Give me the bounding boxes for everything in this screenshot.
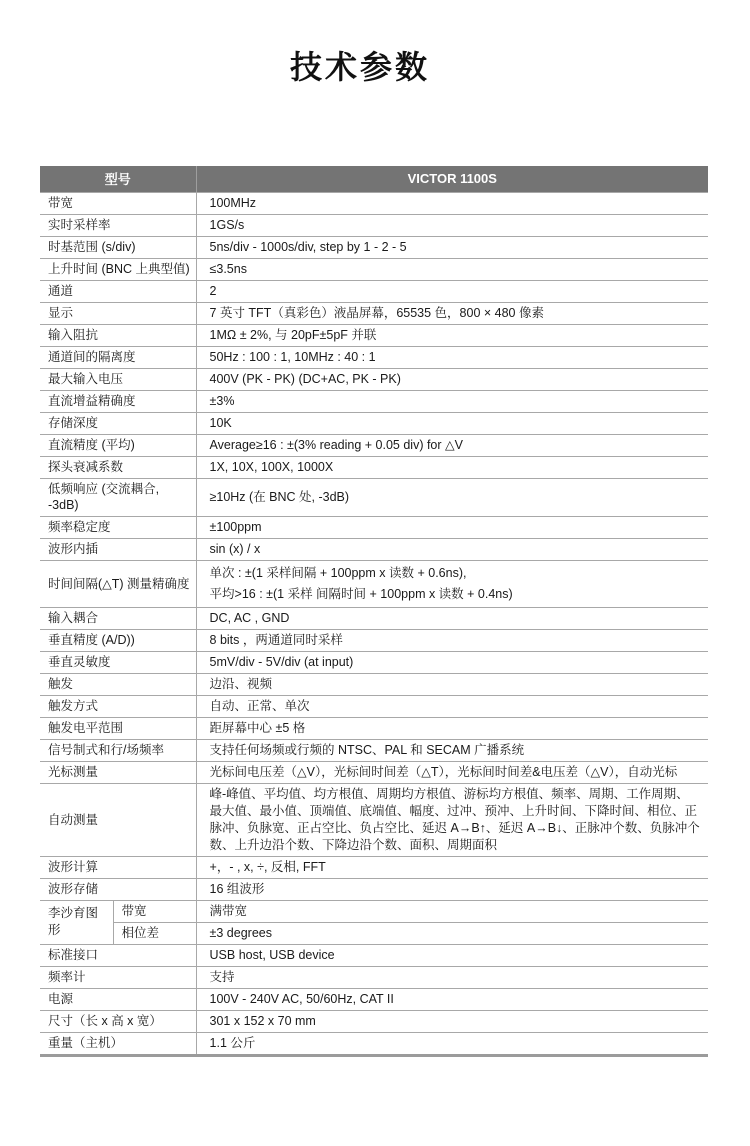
table-row: 触发电平范围距屏幕中心 ±5 格 — [40, 718, 708, 740]
value-line: 平均>16 : ±(1 采样 间隔时间 + 100ppm x 读数 + 0.4n… — [210, 584, 701, 605]
spec-sublabel-cell: 相位差 — [113, 922, 196, 944]
table-row: 时基范围 (s/div)5ns/div - 1000s/div, step by… — [40, 236, 708, 258]
spec-value-cell: ±100ppm — [196, 517, 708, 539]
spec-label-cell: 自动测量 — [40, 784, 196, 857]
table-row: 波形计算+，- , x, ÷, 反相, FFT — [40, 856, 708, 878]
table-row: 低频响应 (交流耦合, -3dB)≥10Hz (在 BNC 处, -3dB) — [40, 478, 708, 517]
table-row: 时间间隔(△T) 测量精确度单次 : ±(1 采样间隔 + 100ppm x 读… — [40, 561, 708, 608]
header-row: 型号 VICTOR 1100S — [40, 166, 708, 192]
table-row: 带宽100MHz — [40, 192, 708, 214]
table-row: 光标测量光标间电压差（△V），光标间时间差（△T），光标间时间差&电压差（△V）… — [40, 762, 708, 784]
spec-label-cell: 频率计 — [40, 966, 196, 988]
spec-value-cell: ≥10Hz (在 BNC 处, -3dB) — [196, 478, 708, 517]
table-row: 电源100V - 240V AC, 50/60Hz, CAT II — [40, 988, 708, 1010]
spec-value-cell: DC, AC , GND — [196, 608, 708, 630]
spec-value-cell: 峰-峰值、平均值、均方根值、周期均方根值、游标均方根值、频率、周期、工作周期、最… — [196, 784, 708, 857]
spec-value-cell: 自动、正常、单次 — [196, 696, 708, 718]
spec-value-cell: ±3 degrees — [196, 922, 708, 944]
spec-label-cell: 时基范围 (s/div) — [40, 236, 196, 258]
spec-value-cell: 10K — [196, 412, 708, 434]
model-value-header-cell: VICTOR 1100S — [196, 166, 708, 192]
spec-value-cell: 301 x 152 x 70 mm — [196, 1010, 708, 1032]
spec-label-cell: 垂直精度 (A/D)) — [40, 630, 196, 652]
spec-group-label-cell: 李沙育图形 — [40, 900, 113, 944]
spec-label-cell: 通道 — [40, 280, 196, 302]
spec-value-cell: ≤3.5ns — [196, 258, 708, 280]
spec-label-cell: 信号制式和行/场频率 — [40, 740, 196, 762]
spec-value-cell: 边沿、视频 — [196, 674, 708, 696]
spec-label-cell: 带宽 — [40, 192, 196, 214]
table-row: 重量（主机）1.1 公斤 — [40, 1032, 708, 1055]
table-row: 自动测量峰-峰值、平均值、均方根值、周期均方根值、游标均方根值、频率、周期、工作… — [40, 784, 708, 857]
spec-label-cell: 触发电平范围 — [40, 718, 196, 740]
spec-value-cell: Average≥16 : ±(3% reading + 0.05 div) fo… — [196, 434, 708, 456]
spec-value-cell: 满带宽 — [196, 900, 708, 922]
table-row: 探头衰减系数1X, 10X, 100X, 1000X — [40, 456, 708, 478]
spec-value-cell: 1GS/s — [196, 214, 708, 236]
table-row: 波形存储16 组波形 — [40, 878, 708, 900]
table-row: 波形内插sin (x) / x — [40, 539, 708, 561]
spec-value-cell: 1MΩ ± 2%, 与 20pF±5pF 并联 — [196, 324, 708, 346]
spec-value-cell: 8 bits ，两通道同时采样 — [196, 630, 708, 652]
spec-label-cell: 最大输入电压 — [40, 368, 196, 390]
spec-label-cell: 波形计算 — [40, 856, 196, 878]
table-row: 触发边沿、视频 — [40, 674, 708, 696]
spec-label-cell: 触发方式 — [40, 696, 196, 718]
spec-label-cell: 通道间的隔离度 — [40, 346, 196, 368]
spec-value-cell: 50Hz : 100 : 1, 10MHz : 40 : 1 — [196, 346, 708, 368]
spec-value-cell: 16 组波形 — [196, 878, 708, 900]
table-row: 频率计支持 — [40, 966, 708, 988]
spec-label-cell: 频率稳定度 — [40, 517, 196, 539]
table-row: 存储深度10K — [40, 412, 708, 434]
table-row: 垂直精度 (A/D))8 bits ，两通道同时采样 — [40, 630, 708, 652]
spec-value-cell: 5mV/div - 5V/div (at input) — [196, 652, 708, 674]
spec-value-cell: 光标间电压差（△V），光标间时间差（△T），光标间时间差&电压差（△V），自动光… — [196, 762, 708, 784]
spec-value-cell: ±3% — [196, 390, 708, 412]
spec-label-cell: 上升时间 (BNC 上典型值) — [40, 258, 196, 280]
spec-value-cell: 支持 — [196, 966, 708, 988]
spec-table: 型号 VICTOR 1100S 带宽100MHz实时采样率1GS/s时基范围 (… — [40, 166, 708, 1057]
spec-value-cell: 1.1 公斤 — [196, 1032, 708, 1055]
table-row: 通道间的隔离度50Hz : 100 : 1, 10MHz : 40 : 1 — [40, 346, 708, 368]
spec-label-cell: 输入阻抗 — [40, 324, 196, 346]
spec-value-cell: 2 — [196, 280, 708, 302]
spec-label-cell: 低频响应 (交流耦合, -3dB) — [40, 478, 196, 517]
table-row: 最大输入电压400V (PK - PK) (DC+AC, PK - PK) — [40, 368, 708, 390]
spec-value-cell: 支持任何场频或行频的 NTSC、PAL 和 SECAM 广播系统 — [196, 740, 708, 762]
spec-label-cell: 存储深度 — [40, 412, 196, 434]
spec-label-cell: 重量（主机） — [40, 1032, 196, 1055]
spec-label-cell: 实时采样率 — [40, 214, 196, 236]
spec-value-cell: 1X, 10X, 100X, 1000X — [196, 456, 708, 478]
spec-value-cell: 400V (PK - PK) (DC+AC, PK - PK) — [196, 368, 708, 390]
table-row: 上升时间 (BNC 上典型值)≤3.5ns — [40, 258, 708, 280]
spec-value-cell: sin (x) / x — [196, 539, 708, 561]
spec-table-header: 型号 VICTOR 1100S — [40, 166, 708, 192]
model-header-cell: 型号 — [40, 166, 196, 192]
table-row: 李沙育图形带宽满带宽 — [40, 900, 708, 922]
spec-label-cell: 时间间隔(△T) 测量精确度 — [40, 561, 196, 608]
spec-label-cell: 波形内插 — [40, 539, 196, 561]
table-row: 频率稳定度±100ppm — [40, 517, 708, 539]
spec-label-cell: 波形存储 — [40, 878, 196, 900]
spec-value-cell: 7 英寸 TFT（真彩色）液晶屏幕，65535 色，800 × 480 像素 — [196, 302, 708, 324]
table-row: 尺寸（长 x 高 x 宽）301 x 152 x 70 mm — [40, 1010, 708, 1032]
spec-label-cell: 显示 — [40, 302, 196, 324]
spec-value-cell: USB host, USB device — [196, 944, 708, 966]
table-row: 相位差±3 degrees — [40, 922, 708, 944]
table-row: 输入耦合DC, AC , GND — [40, 608, 708, 630]
value-line: 单次 : ±(1 采样间隔 + 100ppm x 读数 + 0.6ns), — [210, 563, 701, 584]
spec-label-cell: 尺寸（长 x 高 x 宽） — [40, 1010, 196, 1032]
spec-label-cell: 垂直灵敏度 — [40, 652, 196, 674]
spec-label-cell: 直流增益精确度 — [40, 390, 196, 412]
table-row: 直流增益精确度±3% — [40, 390, 708, 412]
spec-value-cell: 100MHz — [196, 192, 708, 214]
page-title: 技术参数 — [0, 42, 720, 88]
spec-value-cell: 5ns/div - 1000s/div, step by 1 - 2 - 5 — [196, 236, 708, 258]
spec-label-cell: 触发 — [40, 674, 196, 696]
spec-sublabel-cell: 带宽 — [113, 900, 196, 922]
table-row: 触发方式自动、正常、单次 — [40, 696, 708, 718]
spec-value-cell: 单次 : ±(1 采样间隔 + 100ppm x 读数 + 0.6ns),平均>… — [196, 561, 708, 608]
spec-table-body: 带宽100MHz实时采样率1GS/s时基范围 (s/div)5ns/div - … — [40, 192, 708, 1055]
spec-value-cell: +，- , x, ÷, 反相, FFT — [196, 856, 708, 878]
table-row: 标准接口USB host, USB device — [40, 944, 708, 966]
spec-label-cell: 探头衰减系数 — [40, 456, 196, 478]
table-row: 信号制式和行/场频率支持任何场频或行频的 NTSC、PAL 和 SECAM 广播… — [40, 740, 708, 762]
table-row: 显示7 英寸 TFT（真彩色）液晶屏幕，65535 色，800 × 480 像素 — [40, 302, 708, 324]
spec-value-cell: 100V - 240V AC, 50/60Hz, CAT II — [196, 988, 708, 1010]
table-row: 通道2 — [40, 280, 708, 302]
spec-label-cell: 光标测量 — [40, 762, 196, 784]
spec-label-cell: 电源 — [40, 988, 196, 1010]
spec-label-cell: 直流精度 (平均) — [40, 434, 196, 456]
table-row: 输入阻抗1MΩ ± 2%, 与 20pF±5pF 并联 — [40, 324, 708, 346]
table-row: 实时采样率1GS/s — [40, 214, 708, 236]
table-row: 垂直灵敏度5mV/div - 5V/div (at input) — [40, 652, 708, 674]
spec-label-cell: 标准接口 — [40, 944, 196, 966]
spec-label-cell: 输入耦合 — [40, 608, 196, 630]
table-row: 直流精度 (平均)Average≥16 : ±(3% reading + 0.0… — [40, 434, 708, 456]
spec-value-cell: 距屏幕中心 ±5 格 — [196, 718, 708, 740]
